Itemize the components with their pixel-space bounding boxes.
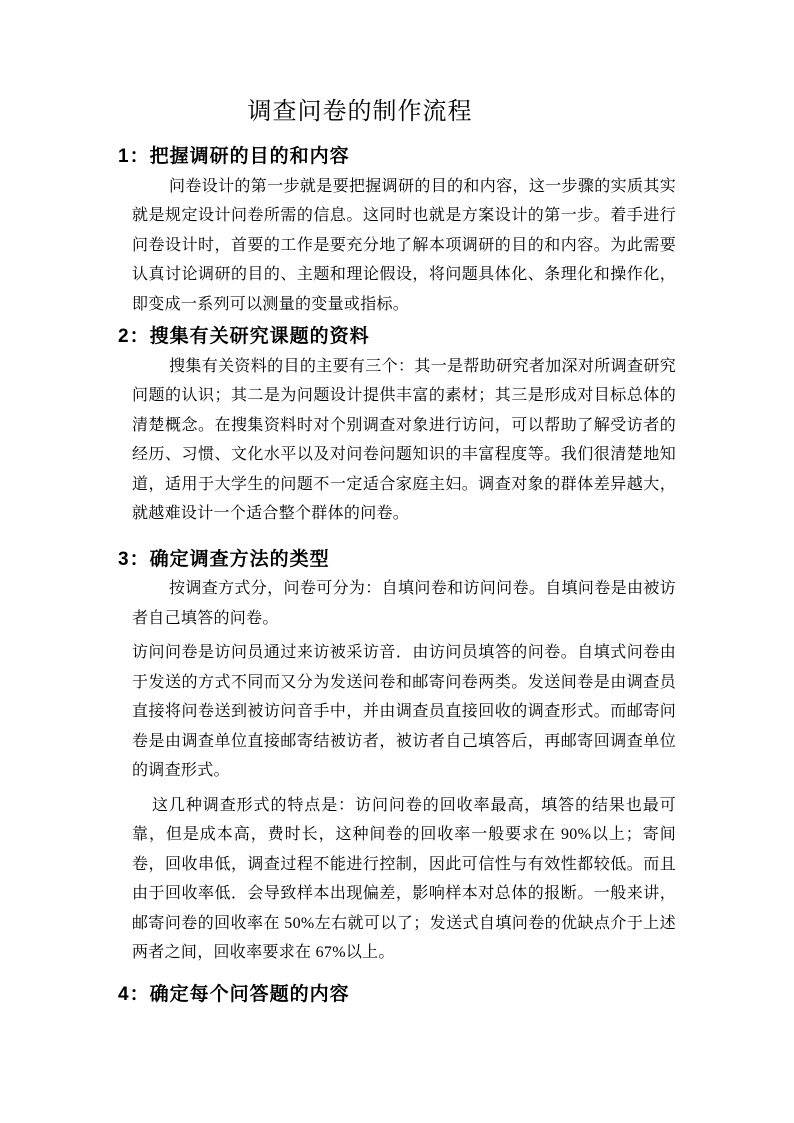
section-1-paragraph-1: 问卷设计的第一步就是要把握调研的目的和内容，这一步骤的实质其实就是规定设计问卷所… xyxy=(132,172,676,320)
section-heading-2: 2：搜集有关研究课题的资料 xyxy=(118,322,676,352)
section-3-paragraph-1: 按调查方式分，问卷可分为：自填问卷和访问问卷。自填问卷是由被访者自己填答的问卷。 xyxy=(132,574,676,633)
section-heading-1: 1：把握调研的目的和内容 xyxy=(118,142,676,172)
section-heading-4: 4：确定每个问答题的内容 xyxy=(118,980,676,1010)
section-2-paragraph-1: 搜集有关资料的目的主要有三个：其一是帮助研究者加深对所调查研究问题的认识；其二是… xyxy=(132,352,676,529)
document-page: 调查问卷的制作流程 1：把握调研的目的和内容 问卷设计的第一步就是要把握调研的目… xyxy=(0,0,794,1123)
section-heading-3: 3：确定调查方法的类型 xyxy=(118,545,676,575)
section-3-paragraph-3: 这几种调查形式的特点是：访问问卷的回收率最高，填答的结果也最可靠，但是成本高，费… xyxy=(132,791,676,968)
document-title: 调查问卷的制作流程 xyxy=(81,95,639,129)
document-content: 调查问卷的制作流程 1：把握调研的目的和内容 问卷设计的第一步就是要把握调研的目… xyxy=(0,0,794,1009)
section-3-paragraph-2: 访问问卷是访问员通过来访被采访音．由访问员填答的问卷。自填式问卷由于发送的方式不… xyxy=(132,638,676,786)
